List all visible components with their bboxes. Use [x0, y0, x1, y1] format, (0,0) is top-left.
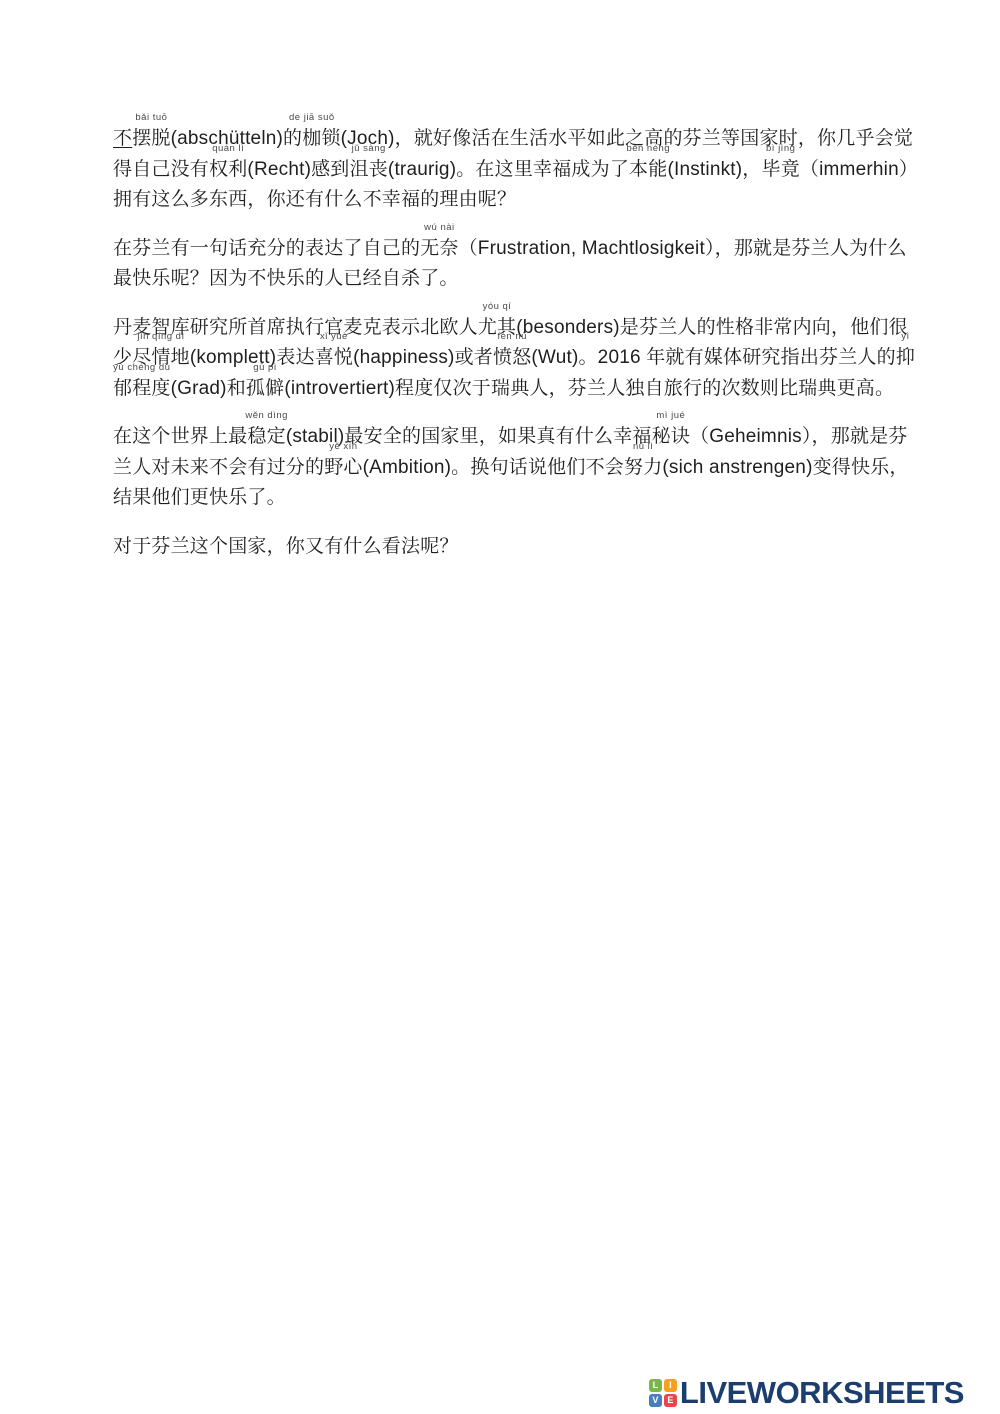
pinyin-annotation: de jiā suǒ	[289, 113, 335, 123]
logo-tile-l: L	[649, 1379, 662, 1392]
logo-tile-v: V	[649, 1394, 662, 1407]
text-segment: (besonders)是芬兰人的性格非常内向，他们很	[516, 317, 908, 338]
text-segment: 本能běn néng	[629, 155, 667, 186]
pinyin-annotation: běn néng	[626, 144, 670, 154]
text-segment: 喜悦xǐ yuè	[315, 343, 353, 374]
text-line: 拥有这么多东西，你还有什么不幸福的理由呢？	[113, 185, 883, 216]
pinyin-annotation: jǔ sàng	[352, 144, 386, 154]
text-segment: 秘诀mì jué	[652, 422, 690, 453]
pinyin-annotation: wú nài	[424, 223, 454, 233]
pinyin-annotation: xǐ yuè	[320, 332, 348, 342]
pinyin-annotation: yù chéng dù	[113, 363, 170, 373]
text-segment: 的枷锁de jiā suǒ	[283, 124, 341, 155]
paragraph: 不摆脱bǎi tuō(abschütteln)的枷锁de jiā suǒ(Joc…	[113, 124, 883, 216]
paragraph: 在这个世界上最稳定wěn dìng(stabil)最安全的国家里，如果真有什么幸…	[113, 422, 883, 514]
text-line: 在这个世界上最稳定wěn dìng(stabil)最安全的国家里，如果真有什么幸…	[113, 422, 883, 453]
text-segment: (Grad)和	[171, 378, 246, 399]
text-segment: (happiness)或者	[353, 347, 493, 368]
text-segment: (introvertiert)程度仅次于瑞典人，芬兰人独自旅行的次数则比瑞典更高…	[284, 378, 894, 399]
text-line: 得自己没有权利quán lì(Recht)感到沮丧jǔ sàng(traurig…	[113, 155, 883, 186]
text-segment: 沮丧jǔ sàng	[350, 155, 388, 186]
worksheet-page: 不摆脱bǎi tuō(abschütteln)的枷锁de jiā suǒ(Joc…	[0, 0, 1000, 1414]
pinyin-annotation: bǎi tuō	[135, 113, 167, 123]
liveworksheets-logo-icon: LIVE	[649, 1379, 677, 1407]
text-segment: 毕竟bì jìng	[762, 155, 800, 186]
text-segment: 在芬兰有一句话充分的表达了自己的	[113, 238, 420, 259]
text-segment: 权利quán lì	[209, 155, 247, 186]
text-segment: 对于芬兰这个国家，你又有什么看法呢？	[113, 536, 459, 557]
paragraph: 对于芬兰这个国家，你又有什么看法呢？	[113, 532, 883, 563]
text-segment: (Wut)。2016 年就有媒体研究指出芬兰人的	[531, 347, 895, 368]
document-body: 不摆脱bǎi tuō(abschütteln)的枷锁de jiā suǒ(Joc…	[113, 124, 883, 580]
text-segment: (sich anstrengen)变得快乐，	[662, 457, 908, 478]
text-line: 兰人对未来不会有过分的野心yě xīn(Ambition)。换句话说他们不会努力…	[113, 453, 883, 484]
text-segment: 最快乐呢？因为不快乐的人已经自杀了。	[113, 268, 459, 289]
pinyin-annotation: yě xīn	[329, 442, 357, 452]
text-segment: (Instinkt)，	[667, 159, 761, 180]
pinyin-annotation: yóu qí	[483, 302, 512, 312]
text-line: 在芬兰有一句话充分的表达了自己的无奈wú nài（Frustration, Ma…	[113, 234, 883, 265]
pinyin-annotation: gū pì	[253, 363, 277, 373]
logo-tile-e: E	[664, 1394, 677, 1407]
text-segment: 结果他们更快乐了。	[113, 487, 286, 508]
liveworksheets-logo[interactable]: LIVE LIVEWORKSHEETS	[649, 1377, 964, 1408]
pinyin-annotation: yì	[901, 332, 909, 342]
pinyin-annotation: nǔ lì	[633, 442, 653, 452]
text-segment: （Geheimnis），那就是芬	[690, 426, 908, 447]
text-segment: (Ambition)。换句话说他们不会	[363, 457, 624, 478]
text-segment: 野心yě xīn	[324, 453, 362, 484]
liveworksheets-logo-wordmark: LIVEWORKSHEETS	[680, 1377, 964, 1408]
text-segment: 不	[113, 128, 132, 149]
text-line: 郁程度yù chéng dù(Grad)和孤僻gū pì(introvertie…	[113, 374, 883, 405]
text-segment: （immerhin）	[800, 159, 918, 180]
pinyin-annotation: bì jìng	[766, 144, 795, 154]
text-segment: 兰人对未来不会有过分的	[113, 457, 324, 478]
text-line: 最快乐呢？因为不快乐的人已经自杀了。	[113, 264, 883, 295]
text-segment: (komplett)表达	[190, 347, 315, 368]
text-segment: 在这个世界上最	[113, 426, 247, 447]
text-line: 对于芬兰这个国家，你又有什么看法呢？	[113, 532, 883, 563]
paragraph: 丹麦智库研究所首席执行官麦克表示北欧人尤其yóu qí(besonders)是芬…	[113, 313, 883, 405]
text-segment: 拥有这么多东西，你还有什么不幸福的理由呢？	[113, 189, 516, 210]
text-segment: 愤怒fèn nù	[493, 343, 531, 374]
text-segment: 稳定wěn dìng	[247, 422, 285, 453]
pinyin-annotation: jìn qíng dì	[137, 332, 184, 342]
text-segment: （Frustration, Machtlosigkeit），那就是芬兰人为什么	[459, 238, 907, 259]
text-segment: (traurig)。在这里幸福成为了	[388, 159, 629, 180]
text-segment: 努力nǔ lì	[624, 453, 662, 484]
text-segment: (Recht)感到	[247, 159, 349, 180]
text-segment: 摆脱bǎi tuō	[132, 124, 170, 155]
text-line: 少尽情地jìn qíng dì(komplett)表达喜悦xǐ yuè(happ…	[113, 343, 883, 374]
text-segment: 无奈wú nài	[420, 234, 458, 265]
paragraph: 在芬兰有一句话充分的表达了自己的无奈wú nài（Frustration, Ma…	[113, 234, 883, 295]
text-line: 结果他们更快乐了。	[113, 483, 883, 514]
pinyin-annotation: fèn nù	[497, 332, 526, 342]
pinyin-annotation: wěn dìng	[245, 411, 288, 421]
pinyin-annotation: quán lì	[212, 144, 244, 154]
text-segment: 得自己没有	[113, 159, 209, 180]
pinyin-annotation: mì jué	[656, 411, 685, 421]
logo-tile-i: I	[664, 1379, 677, 1392]
text-segment: 抑yì	[896, 343, 915, 374]
text-segment: 郁程度yù chéng dù	[113, 374, 171, 405]
text-segment: 孤僻gū pì	[246, 374, 284, 405]
